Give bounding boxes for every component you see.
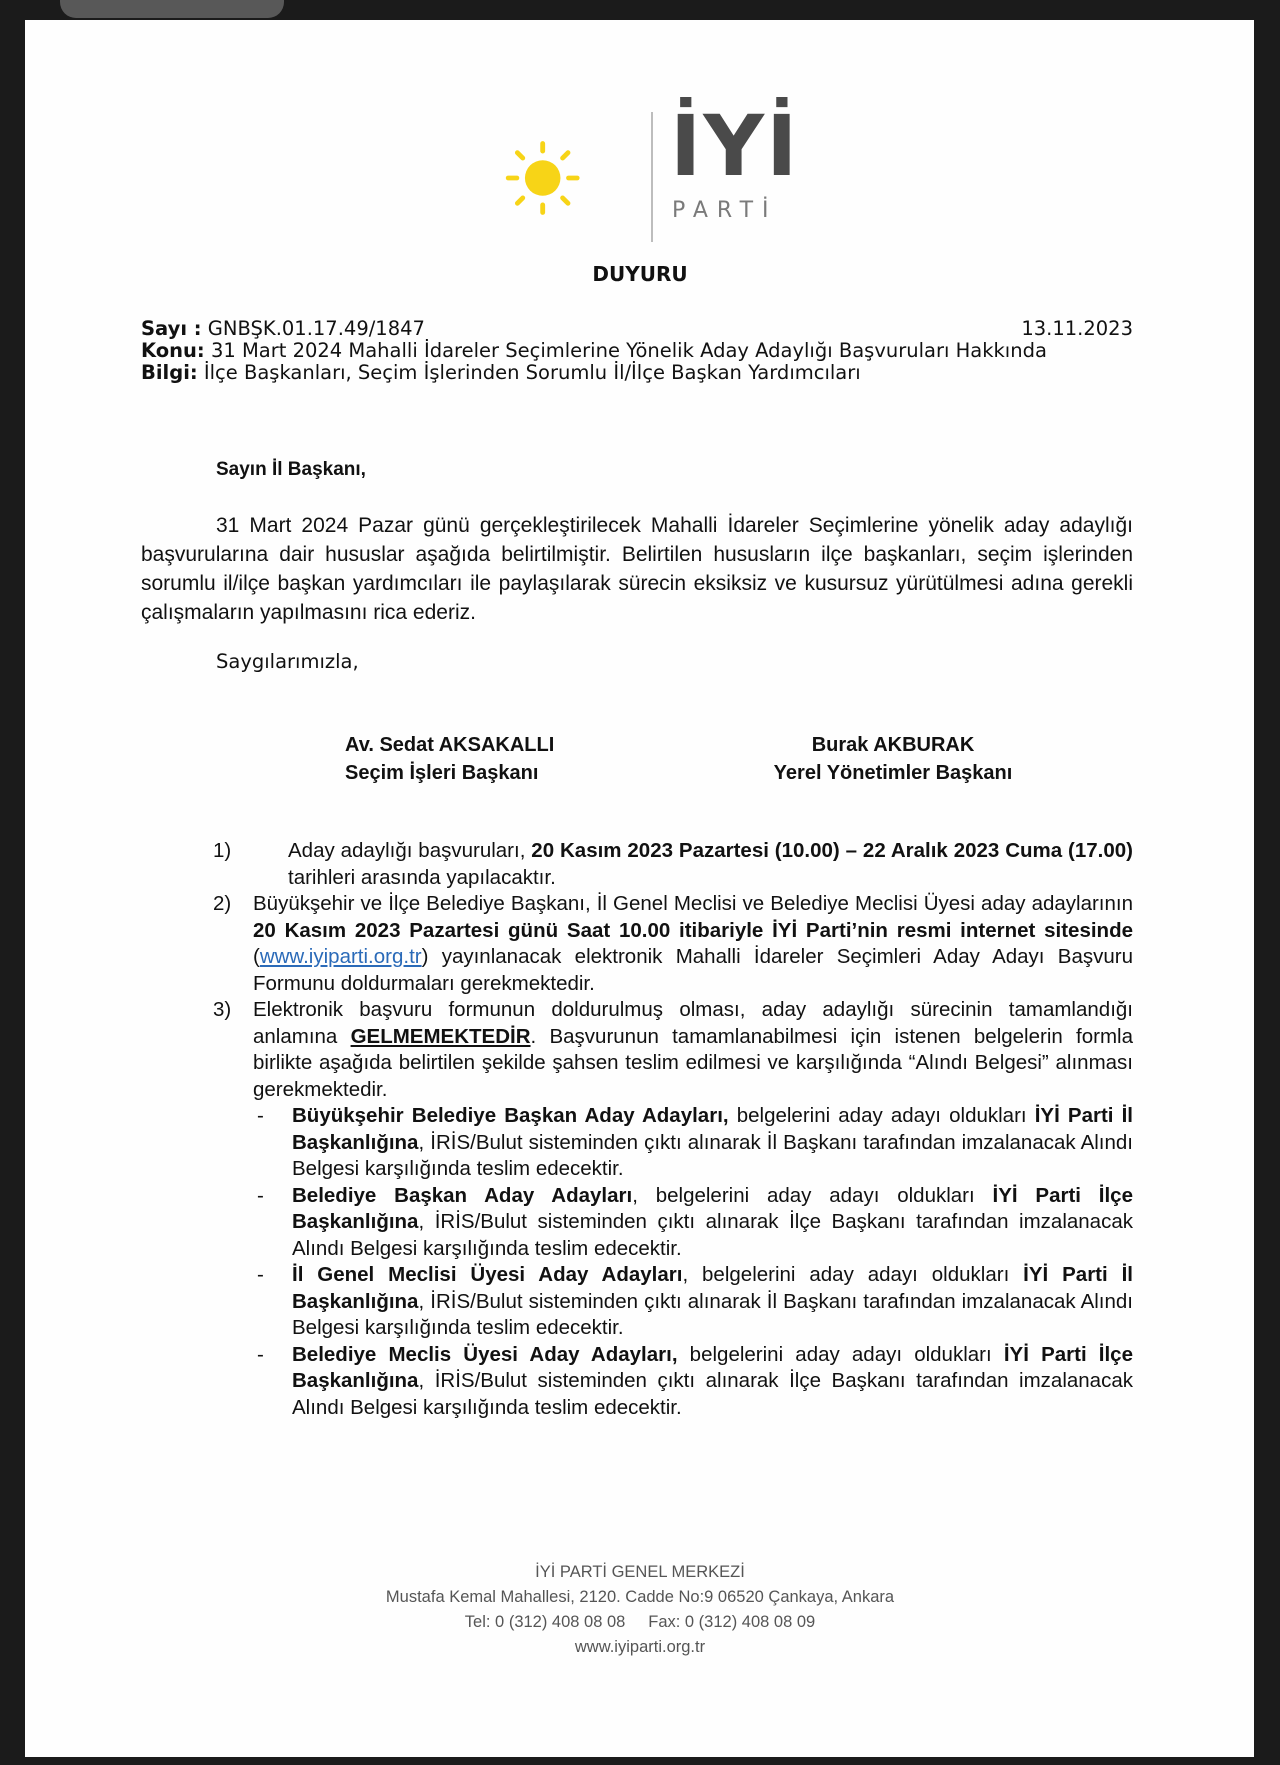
dash-bullet: - <box>257 1183 264 1210</box>
closing: Saygılarımızla, <box>216 650 359 673</box>
document-date: 13.11.2023 <box>1021 318 1133 340</box>
meta-bilgi: Bilgi: İlçe Başkanları, Seçim İşlerinden… <box>141 362 1133 384</box>
numbered-list: 1) Aday adaylığı başvuruları, 20 Kasım 2… <box>213 838 1133 1421</box>
bilgi-value: İlçe Başkanları, Seçim İşlerinden Soruml… <box>204 361 861 384</box>
sub-text: , İRİS/Bulut sisteminden çıktı alınarak … <box>292 1369 1133 1419</box>
item-text: ( <box>253 945 260 968</box>
logo-divider <box>651 112 653 242</box>
item-number: 3) <box>213 997 231 1024</box>
item-number: 1) <box>213 838 231 865</box>
list-item: 3) Elektronik başvuru formunun doldurulm… <box>213 997 1133 1421</box>
meta-sayi: Sayı : GNBŞK.01.17.49/1847 <box>141 318 1133 340</box>
website-link[interactable]: www.iyiparti.org.tr <box>260 945 422 968</box>
dash-bullet: - <box>257 1103 264 1130</box>
item-number: 2) <box>213 891 231 918</box>
signatory-name: Burak AKBURAK <box>728 731 1058 759</box>
sun-icon <box>505 108 645 248</box>
signatory-title: Seçim İşleri Başkanı <box>345 759 554 787</box>
sub-bold: Belediye Meclis Üyesi Aday Adayları, <box>292 1343 678 1366</box>
sub-text: , İRİS/Bulut sisteminden çıktı alınarak … <box>292 1210 1133 1260</box>
sub-bold: Büyükşehir Belediye Başkan Aday Adayları… <box>292 1104 729 1127</box>
signatory-1: Av. Sedat AKSAKALLI Seçim İşleri Başkanı <box>345 731 554 787</box>
item-bold: 20 Kasım 2023 Pazartesi (10.00) – 22 Ara… <box>531 839 1133 862</box>
letterhead-footer: İYİ PARTİ GENEL MERKEZİ Mustafa Kemal Ma… <box>0 1560 1280 1660</box>
footer-address: Mustafa Kemal Mahallesi, 2120. Cadde No:… <box>0 1585 1280 1610</box>
konu-label: Konu: <box>141 339 205 362</box>
dash-bullet: - <box>257 1262 264 1289</box>
sub-bold: Belediye Başkan Aday Adayları <box>292 1184 632 1207</box>
sub-text: , İRİS/Bulut sisteminden çıktı alınarak … <box>292 1290 1133 1340</box>
item-text: Aday adaylığı başvuruları, <box>288 839 531 862</box>
footer-contact: Tel: 0 (312) 408 08 08 Fax: 0 (312) 408 … <box>0 1610 1280 1635</box>
sub-list-item: - Büyükşehir Belediye Başkan Aday Adayla… <box>213 1103 1133 1183</box>
sayi-label: Sayı : <box>141 317 202 340</box>
logo-wordmark: İYİ <box>670 104 799 188</box>
logo-subtitle: PARTİ <box>672 198 778 223</box>
viewer-top-tab <box>60 0 284 18</box>
sub-text: belgelerini aday adayı oldukları <box>729 1104 1035 1127</box>
bilgi-label: Bilgi: <box>141 361 198 384</box>
sub-text: , belgelerini aday adayı oldukları <box>682 1263 1023 1286</box>
signatory-title: Yerel Yönetimler Başkanı <box>728 759 1058 787</box>
sub-list-item: - Belediye Meclis Üyesi Aday Adayları, b… <box>213 1342 1133 1422</box>
dash-bullet: - <box>257 1342 264 1369</box>
sub-list: - Büyükşehir Belediye Başkan Aday Adayla… <box>253 1103 1133 1421</box>
signatory-2: Burak AKBURAK Yerel Yönetimler Başkanı <box>728 731 1058 787</box>
footer-org: İYİ PARTİ GENEL MERKEZİ <box>0 1560 1280 1585</box>
item-text: tarihleri arasında yapılacaktır. <box>288 866 556 889</box>
meta-konu: Konu: 31 Mart 2024 Mahalli İdareler Seçi… <box>141 340 1133 362</box>
footer-tel: Tel: 0 (312) 408 08 08 <box>465 1613 626 1631</box>
item-text: Büyükşehir ve İlçe Belediye Başkanı, İl … <box>253 892 1133 915</box>
footer-web[interactable]: www.iyiparti.org.tr <box>0 1635 1280 1660</box>
signatory-name: Av. Sedat AKSAKALLI <box>345 731 554 759</box>
list-item: 2) Büyükşehir ve İlçe Belediye Başkanı, … <box>213 891 1133 997</box>
sayi-value: GNBŞK.01.17.49/1847 <box>208 317 425 340</box>
item-bold-underlined: GELMEMEKTEDİR <box>351 1025 531 1048</box>
list-item: 1) Aday adaylığı başvuruları, 20 Kasım 2… <box>213 838 1133 891</box>
konu-value: 31 Mart 2024 Mahalli İdareler Seçimlerin… <box>211 339 1047 362</box>
sub-bold: İl Genel Meclisi Üyesi Aday Adayları <box>292 1263 682 1286</box>
sub-list-item: - Belediye Başkan Aday Adayları, belgele… <box>213 1183 1133 1263</box>
document-title: DUYURU <box>0 262 1280 286</box>
footer-fax: Fax: 0 (312) 408 08 09 <box>648 1613 815 1631</box>
sub-text: , belgelerini aday adayı oldukları <box>632 1184 992 1207</box>
body-paragraph: 31 Mart 2024 Pazar günü gerçekleştirilec… <box>141 511 1133 627</box>
sub-list-item: - İl Genel Meclisi Üyesi Aday Adayları, … <box>213 1262 1133 1342</box>
sub-text: , İRİS/Bulut sisteminden çıktı alınarak … <box>292 1131 1133 1181</box>
sub-text: belgelerini aday adayı oldukları <box>678 1343 1004 1366</box>
item-bold: 20 Kasım 2023 Pazartesi günü Saat 10.00 … <box>253 919 1133 942</box>
salutation: Sayın İl Başkanı, <box>216 459 366 481</box>
document-meta: Sayı : GNBŞK.01.17.49/1847 13.11.2023 Ko… <box>141 318 1133 384</box>
